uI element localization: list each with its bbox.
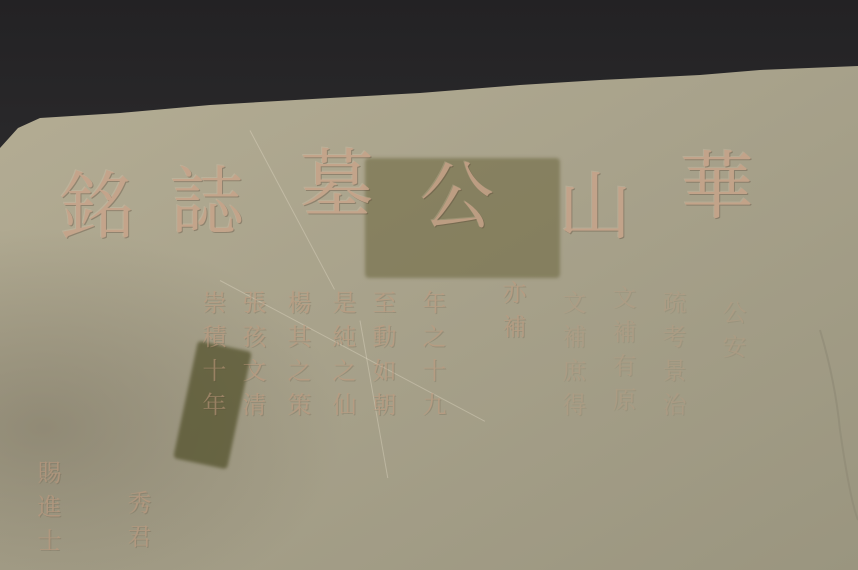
title-char: 山 <box>558 170 632 244</box>
inscription-column-faint: 疏考景治 <box>660 290 684 426</box>
inscription-column: 年之十九 <box>420 290 444 426</box>
title-char: 銘 <box>60 170 134 244</box>
title-char: 墓 <box>300 148 374 222</box>
inscription-column: 賜進士 <box>35 460 59 562</box>
inscription-column: 張孩文清 <box>240 290 264 426</box>
inscription-column: 崇積十年 <box>200 290 224 426</box>
inscription-column: 楊其之策 <box>285 290 309 426</box>
stone-tablet: 華 山 公 墓 誌 銘 亦補 年之十九 至動如朝 是純之仙 楊其之策 張孩文清 … <box>0 0 858 570</box>
title-char: 誌 <box>170 165 244 239</box>
inscription-column-faint: 文補庶得 <box>560 290 584 426</box>
title-char: 華 <box>680 150 754 224</box>
inscription-column: 至動如朝 <box>370 290 394 426</box>
title-char: 公 <box>420 160 494 234</box>
inscription-column: 亦補 <box>500 280 524 348</box>
inscription-column: 秀君 <box>125 490 149 558</box>
stone-surface <box>0 0 858 570</box>
inscription-column: 是純之仙 <box>330 290 354 426</box>
inscription-column-faint: 文補有原 <box>610 285 634 421</box>
inscription-column-faint: 公安 <box>720 300 744 368</box>
